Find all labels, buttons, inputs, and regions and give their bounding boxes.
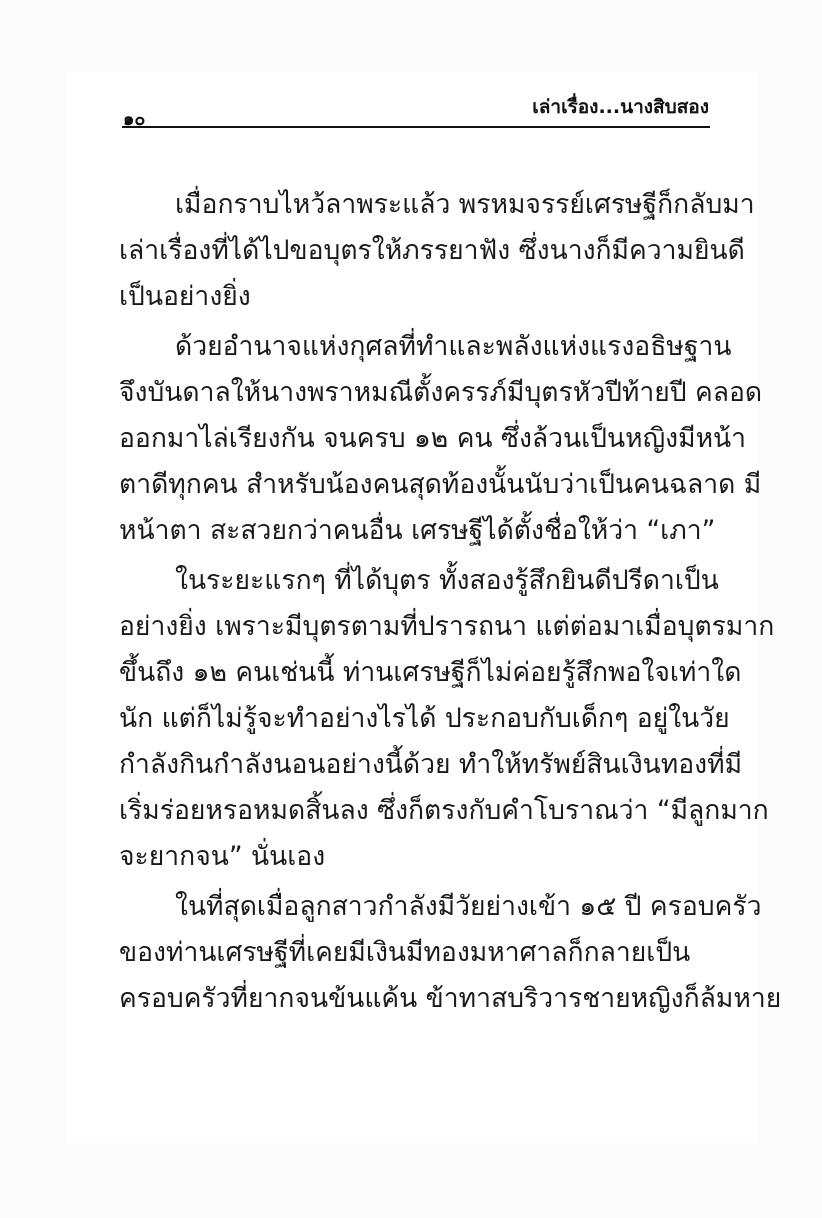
body-text: เมื่อกราบไหว้ลาพระแล้ว พรหมจรรย์เศรษฐีก็… — [119, 182, 715, 1022]
text-line: กำลังกินกำลังนอนอย่างนี้ด้วย ทำให้ทรัพย์… — [119, 742, 715, 788]
book-page: เล่าเรื่อง...นางสิบสอง ๑๐ เมื่อกราบไหว้ล… — [67, 72, 757, 1143]
paragraph-2: ด้วยอำนาจแห่งกุศลที่ทำและพลังแห่งแรงอธิษ… — [119, 324, 715, 554]
text-line: เริ่มร่อยหรอหมดสิ้นลง ซึ่งก็ตรงกับคำโบรา… — [119, 788, 715, 834]
paragraph-1: เมื่อกราบไหว้ลาพระแล้ว พรหมจรรย์เศรษฐีก็… — [119, 182, 715, 320]
text-line: ของท่านเศรษฐีที่เคยมีเงินมีทองมหาศาลก็กล… — [119, 930, 715, 976]
text-line: ครอบครัวที่ยากจนข้นแค้น ข้าทาสบริวารชายห… — [119, 976, 715, 1022]
page-number: ๑๐ — [123, 104, 145, 133]
text-line: นัก แต่ก็ไม่รู้จะทำอย่างไรได้ ประกอบกับเ… — [119, 696, 715, 742]
paragraph-3: ในระยะแรกๆ ที่ได้บุตร ทั้งสองรู้สึกยินดี… — [119, 558, 715, 880]
paragraph-4: ในที่สุดเมื่อลูกสาวกำลังมีวัยย่างเข้า ๑๕… — [119, 884, 715, 1022]
text-line: เป็นอย่างยิ่ง — [119, 274, 715, 320]
text-line: ขึ้นถึง ๑๒ คนเช่นนี้ ท่านเศรษฐีก็ไม่ค่อย… — [119, 650, 715, 696]
running-head-title: เล่าเรื่อง...นางสิบสอง — [532, 92, 709, 122]
header-divider — [122, 126, 710, 128]
text-line: หน้าตา สะสวยกว่าคนอื่น เศรษฐีได้ตั้งชื่อ… — [119, 508, 715, 554]
text-line: ออกมาไล่เรียงกัน จนครบ ๑๒ คน ซึ่งล้วนเป็… — [119, 416, 715, 462]
text-line: ตาดีทุกคน สำหรับน้องคนสุดท้องนั้นนับว่าเ… — [119, 462, 715, 508]
text-line: เล่าเรื่องที่ได้ไปขอบุตรให้ภรรยาฟัง ซึ่ง… — [119, 228, 715, 274]
text-line: เมื่อกราบไหว้ลาพระแล้ว พรหมจรรย์เศรษฐีก็… — [119, 182, 715, 228]
text-line: จะยากจน” นั่นเอง — [119, 834, 715, 880]
text-line: อย่างยิ่ง เพราะมีบุตรตามที่ปรารถนา แต่ต่… — [119, 604, 715, 650]
text-line: จึงบันดาลให้นางพราหมณีตั้งครรภ์มีบุตรหัว… — [119, 370, 715, 416]
text-line: ในระยะแรกๆ ที่ได้บุตร ทั้งสองรู้สึกยินดี… — [119, 558, 715, 604]
text-line: ในที่สุดเมื่อลูกสาวกำลังมีวัยย่างเข้า ๑๕… — [119, 884, 715, 930]
text-line: ด้วยอำนาจแห่งกุศลที่ทำและพลังแห่งแรงอธิษ… — [119, 324, 715, 370]
